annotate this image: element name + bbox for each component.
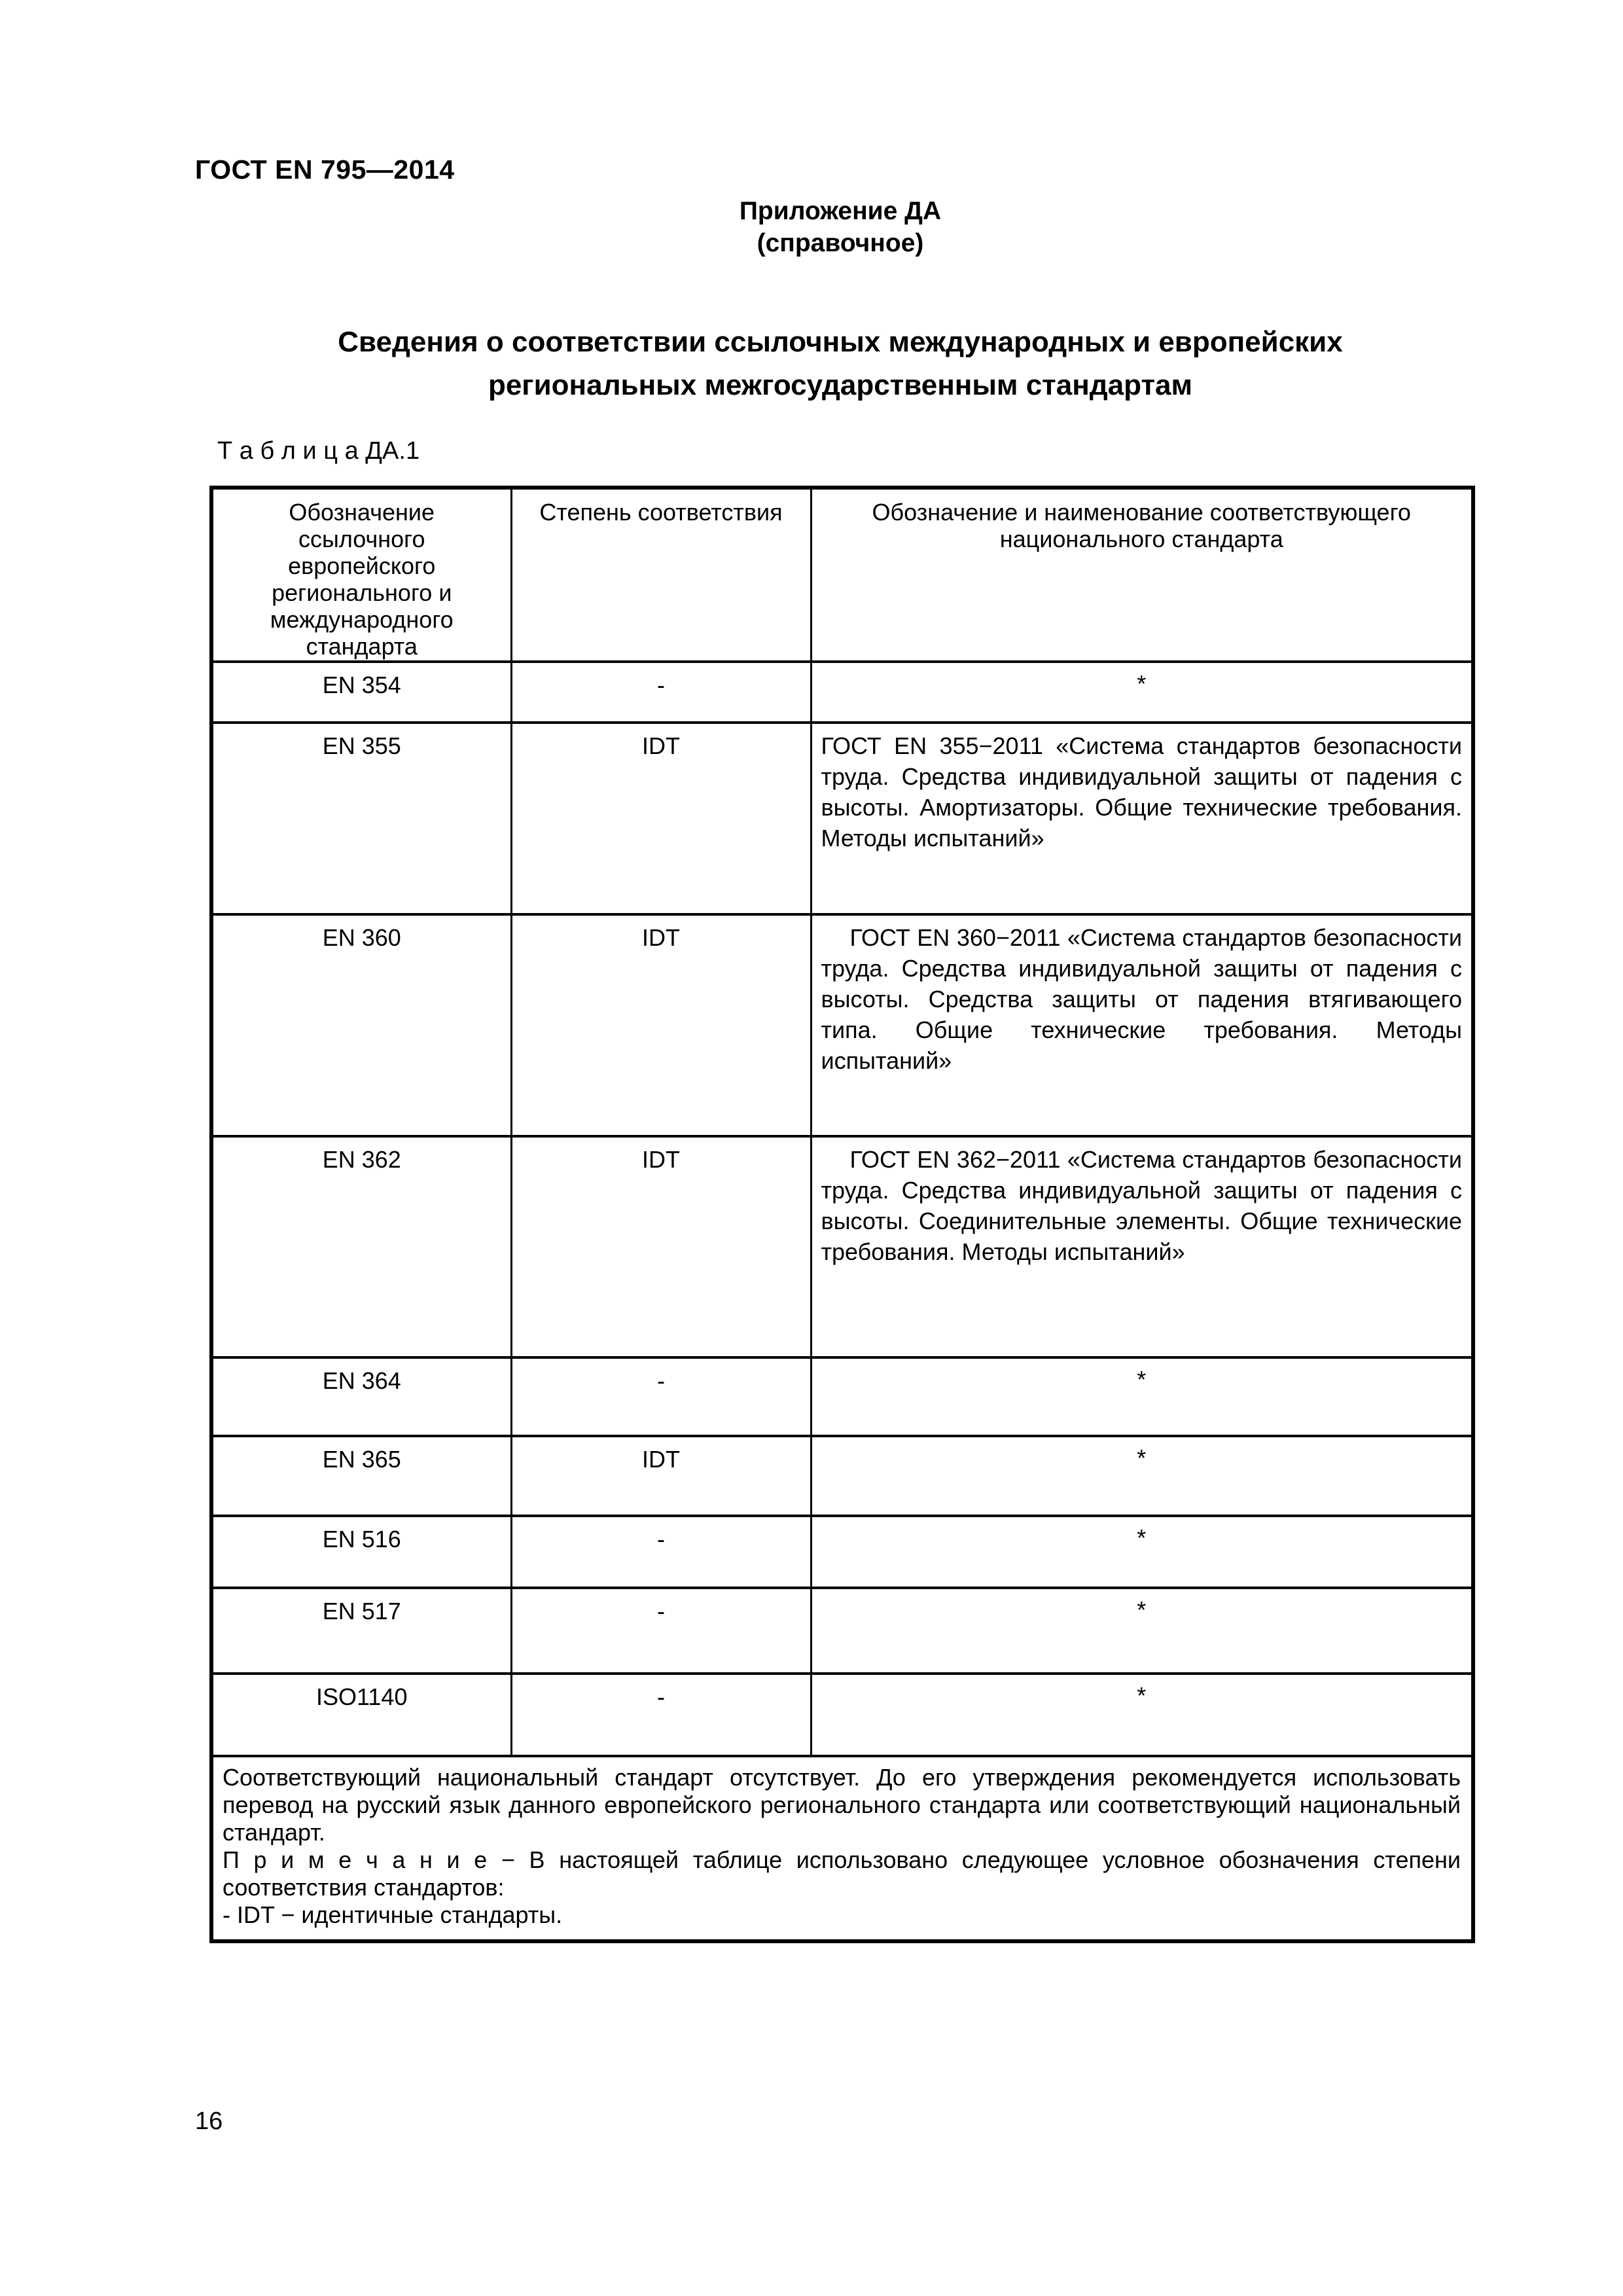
cell-national: * [811, 1516, 1473, 1588]
cell-national: ГОСТ EN 355−2011 «Система стандартов без… [811, 723, 1473, 914]
cell-designation: EN 517 [211, 1588, 511, 1674]
cell-national: * [811, 1436, 1473, 1516]
section-title: Сведения о соответствии ссылочных междун… [209, 321, 1471, 407]
table-row: ISO1140-* [211, 1674, 1473, 1756]
cell-designation: ISO1140 [211, 1674, 511, 1756]
col-header-degree: Степень соответствия [511, 488, 811, 662]
correspondence-table: Обозначение ссылочного европейского реги… [209, 486, 1475, 1943]
footnote-absent-standard-text: Соответствующий национальный стандарт от… [223, 1764, 1461, 1846]
cell-degree: IDT [511, 914, 811, 1136]
table-caption: Т а б л и ц а ДА.1 [217, 437, 419, 465]
footnote-note-text: П р и м е ч а н и е − В настоящей таблиц… [223, 1846, 1461, 1901]
col-header-national: Обозначение и наименование соответствующ… [811, 488, 1473, 662]
footnote-idt-definition: - IDT − идентичные стандарты. [223, 1901, 1461, 1929]
table-row: EN 354-* [211, 662, 1473, 723]
cell-national: ГОСТ EN 360−2011 «Система стандартов без… [811, 914, 1473, 1136]
cell-designation: EN 365 [211, 1436, 511, 1516]
table-body: EN 354-*EN 355IDTГОСТ EN 355−2011 «Систе… [211, 662, 1473, 1756]
table-row: EN 355IDTГОСТ EN 355−2011 «Система станд… [211, 723, 1473, 914]
appendix-heading: Приложение ДА (справочное) [209, 195, 1471, 259]
col-header-designation: Обозначение ссылочного европейского реги… [211, 488, 511, 662]
table-header-row: Обозначение ссылочного европейского реги… [211, 488, 1473, 662]
cell-national: * [811, 1588, 1473, 1674]
table-row: EN 360IDTГОСТ EN 360−2011 «Система станд… [211, 914, 1473, 1136]
table-row: EN 516-* [211, 1516, 1473, 1588]
table-row: EN 365IDT* [211, 1436, 1473, 1516]
cell-degree: - [511, 662, 811, 723]
cell-designation: EN 355 [211, 723, 511, 914]
doc-code: ГОСТ EN 795—2014 [195, 154, 455, 185]
cell-degree: IDT [511, 723, 811, 914]
table-row: EN 364-* [211, 1357, 1473, 1436]
cell-designation: EN 354 [211, 662, 511, 723]
cell-degree: - [511, 1357, 811, 1436]
cell-degree: - [511, 1516, 811, 1588]
document-page: ГОСТ EN 795—2014 Приложение ДА (справочн… [0, 0, 1623, 2296]
table-row: EN 362IDTГОСТ EN 362−2011 «Система станд… [211, 1136, 1473, 1357]
cell-degree: - [511, 1674, 811, 1756]
table-row: EN 517-* [211, 1588, 1473, 1674]
table-footnote-row: Соответствующий национальный стандарт от… [211, 1756, 1473, 1941]
cell-national: * [811, 662, 1473, 723]
cell-designation: EN 364 [211, 1357, 511, 1436]
cell-designation: EN 362 [211, 1136, 511, 1357]
page-number: 16 [195, 2108, 223, 2136]
cell-national: ГОСТ EN 362−2011 «Система стандартов без… [811, 1136, 1473, 1357]
cell-national: * [811, 1674, 1473, 1756]
cell-designation: EN 360 [211, 914, 511, 1136]
cell-degree: - [511, 1588, 811, 1674]
cell-degree: IDT [511, 1436, 811, 1516]
cell-degree: IDT [511, 1136, 811, 1357]
cell-national: * [811, 1357, 1473, 1436]
table-footnote-cell: Соответствующий национальный стандарт от… [211, 1756, 1473, 1941]
cell-designation: EN 516 [211, 1516, 511, 1588]
